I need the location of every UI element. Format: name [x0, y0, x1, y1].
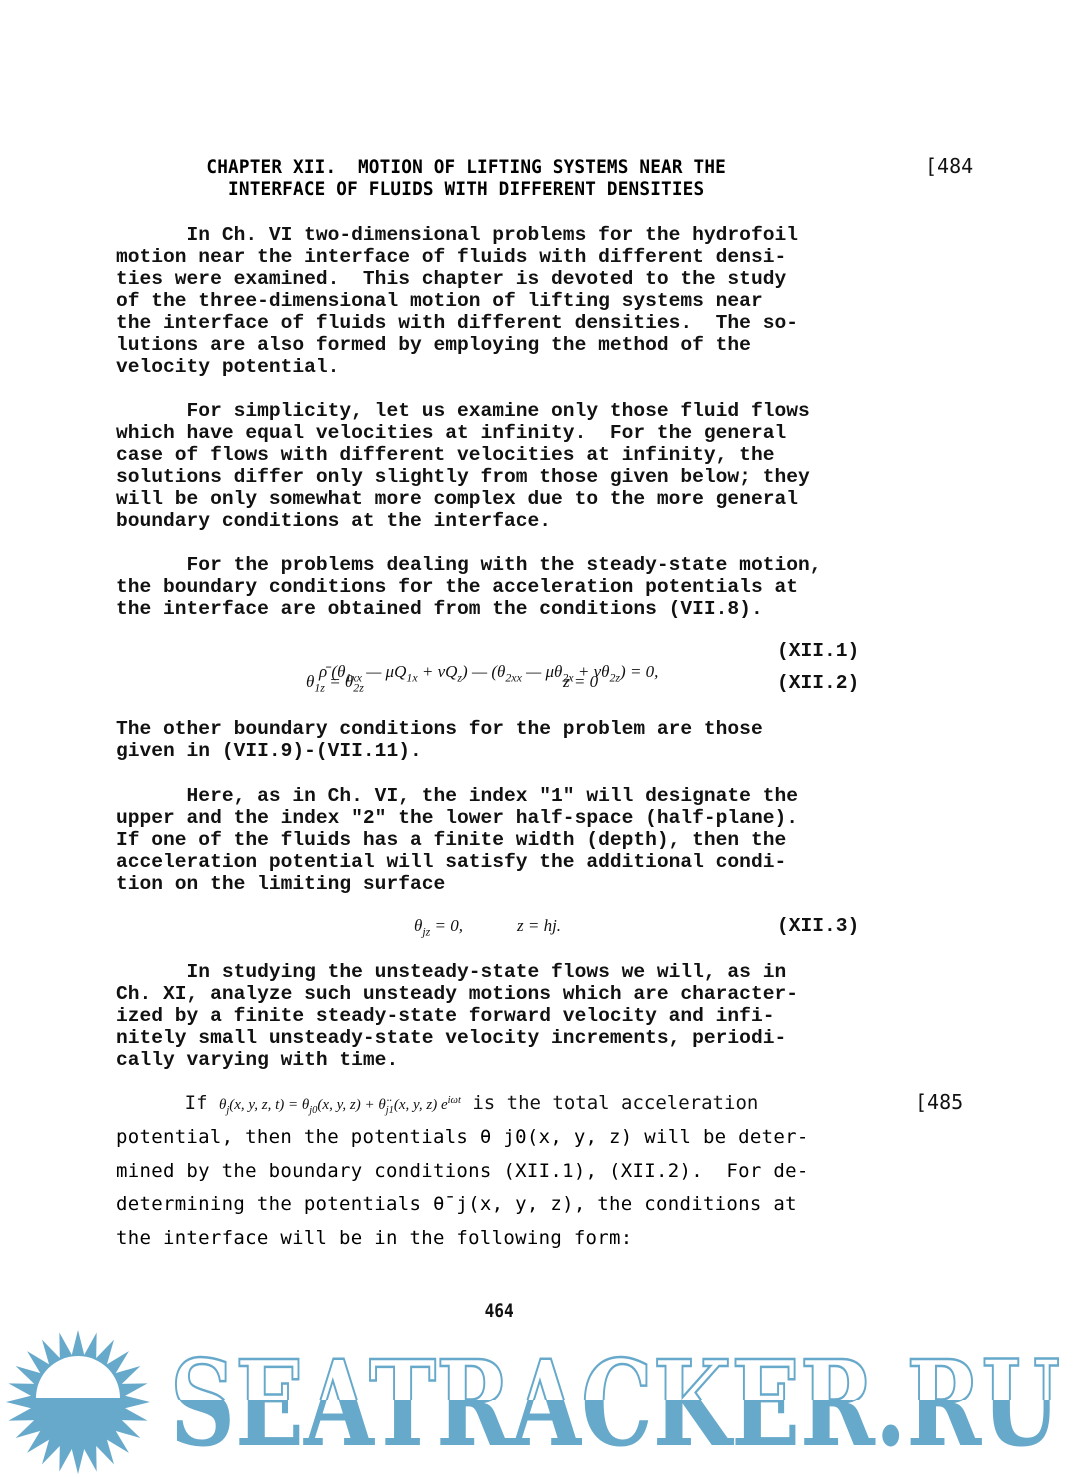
inline-equation-total-potential: θj(x, y, z, t) = θj0(x, y, z) + θ̈j1(x, … [219, 1097, 461, 1113]
document-page: CHAPTER XII. MOTION OF LIFTING SYSTEMS N… [0, 0, 1080, 1477]
paragraph-index-definition: Here, as in Ch. VI, the index "1" will d… [116, 785, 906, 895]
paragraph-simplicity: For simplicity, let us examine only thos… [116, 400, 906, 532]
paragraph-total-potential-line-1: If θj(x, y, z, t) = θj0(x, y, z) + θ̈j1(… [116, 1092, 758, 1116]
chapter-title-line-2: INTERFACE OF FLUIDS WITH DIFFERENT DENSI… [150, 178, 782, 200]
paragraph-tail: is the total acceleration [472, 1092, 758, 1114]
paragraph-other-conditions: The other boundary conditions for the pr… [116, 718, 906, 762]
paragraph-total-potential-rest: potential, then the potentials θ j0(x, y… [116, 1121, 906, 1255]
equation-xii-3: θjz = 0, [414, 916, 463, 939]
seatracker-watermark: SEATRACKER.RU SEATRACKER.RU [0, 1320, 1080, 1477]
paragraph-intro: In Ch. VI two-dimensional problems for t… [116, 224, 906, 378]
paragraph-lead: If [116, 1092, 208, 1114]
sun-logo-icon: SEATRACKER.RU SEATRACKER.RU [0, 1320, 1080, 1477]
margin-page-ref-485: [485 [915, 1090, 963, 1114]
chapter-title: CHAPTER XII. MOTION OF LIFTING SYSTEMS N… [150, 156, 782, 200]
equation-xii-3-condition: z = hj. [517, 916, 561, 936]
paragraph-unsteady: In studying the unsteady-state flows we … [116, 961, 906, 1071]
equation-xii-2-condition: z = 0 [563, 672, 598, 692]
equation-xii-1-body: ρ̄ (θ1xx — μQ1x + νQz) — (θ2xx — μθ2x + … [319, 662, 658, 681]
paragraph-steady-state: For the problems dealing with the steady… [116, 554, 906, 620]
chapter-title-line-1: CHAPTER XII. MOTION OF LIFTING SYSTEMS N… [150, 156, 782, 178]
equation-xii-2: θ1z = θ2z [306, 672, 364, 695]
equation-label-xii-3: (XII.3) [777, 915, 859, 937]
equation-label-xii-1: (XII.1) [777, 640, 859, 662]
equation-label-xii-2: (XII.2) [777, 672, 859, 694]
margin-page-ref-484: [484 [925, 154, 973, 178]
page-number: 464 [485, 1300, 514, 1322]
